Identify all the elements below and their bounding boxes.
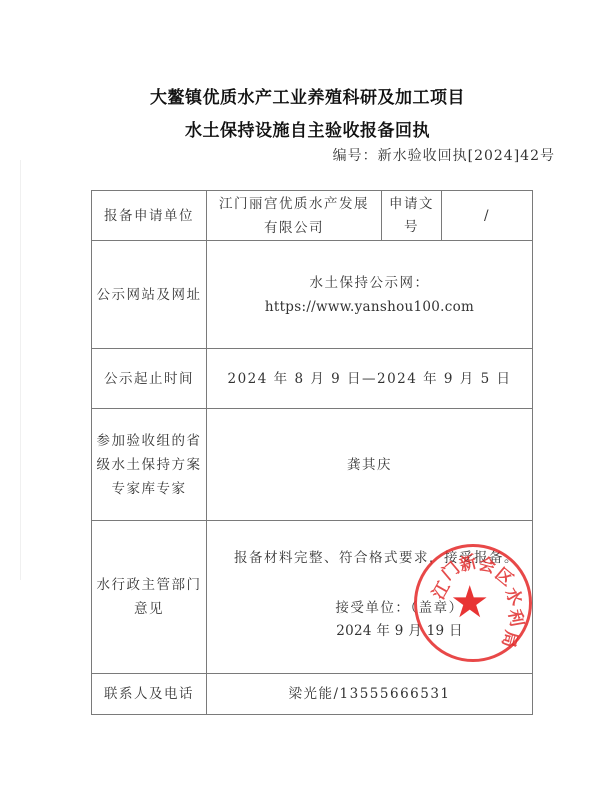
experts-label-line3: 专家库专家 [96,477,202,501]
value-contact: 梁光能/13555666531 [207,674,533,715]
label-opinion: 水行政主管部门 意见 [92,521,207,674]
label-publicity-period: 公示起止时间 [92,349,207,409]
value-application-doc-no: / [442,191,533,241]
table-row-contact: 联系人及电话 梁光能/13555666531 [92,674,533,715]
value-publicity-period: 2024 年 8 月 9 日—2024 年 9 月 5 日 [207,349,533,409]
opinion-text: 报备材料完整、符合格式要求，接受报备。 [221,546,532,570]
table-row-experts: 参加验收组的省 级水土保持方案 专家库专家 龚其庆 [92,409,533,521]
value-experts: 龚其庆 [207,409,533,521]
receipt-form-table: 报备申请单位 江门丽宫优质水产发展 有限公司 申请文 号 / 公示网站及网址 水… [91,190,533,715]
website-url: https://www.yanshou100.com [211,295,528,319]
opinion-label-line1: 水行政主管部门 [96,573,202,597]
value-applicant: 江门丽宫优质水产发展 有限公司 [207,191,382,241]
value-opinion: 报备材料完整、符合格式要求，接受报备。 接受单位：（盖章） 2024 年 9 月… [207,521,533,674]
experts-label-line2: 级水土保持方案 [96,453,202,477]
applicant-name-line2: 有限公司 [211,216,377,240]
opinion-date: 2024 年 9 月 19 日 [267,619,532,643]
label-applicant: 报备申请单位 [92,191,207,241]
table-row-website: 公示网站及网址 水土保持公示网： https://www.yanshou100.… [92,241,533,349]
applicant-name-line1: 江门丽宫优质水产发展 [211,192,377,216]
experts-label-line1: 参加验收组的省 [96,429,202,453]
label-contact: 联系人及电话 [92,674,207,715]
value-website: 水土保持公示网： https://www.yanshou100.com [207,241,533,349]
receiver-unit: 接受单位：（盖章） [267,596,532,620]
table-row-publicity-period: 公示起止时间 2024 年 8 月 9 日—2024 年 9 月 5 日 [92,349,533,409]
document-subtitle: 水土保持设施自主验收报备回执 [0,116,615,141]
label-application-doc-no: 申请文 号 [382,191,442,241]
opinion-label-line2: 意见 [96,597,202,621]
doc-no-label-line2: 号 [386,216,437,239]
doc-no-label-line1: 申请文 [386,193,437,216]
table-row-applicant: 报备申请单位 江门丽宫优质水产发展 有限公司 申请文 号 / [92,191,533,241]
document-number: 编号：新水验收回执[2024]42号 [333,145,555,165]
website-name: 水土保持公示网： [211,271,528,295]
scan-margin-line [20,160,21,580]
table-row-opinion: 水行政主管部门 意见 报备材料完整、符合格式要求，接受报备。 接受单位：（盖章）… [92,521,533,674]
label-website: 公示网站及网址 [92,241,207,349]
label-experts: 参加验收组的省 级水土保持方案 专家库专家 [92,409,207,521]
document-title: 大鳌镇优质水产工业养殖科研及加工项目 [0,83,615,108]
